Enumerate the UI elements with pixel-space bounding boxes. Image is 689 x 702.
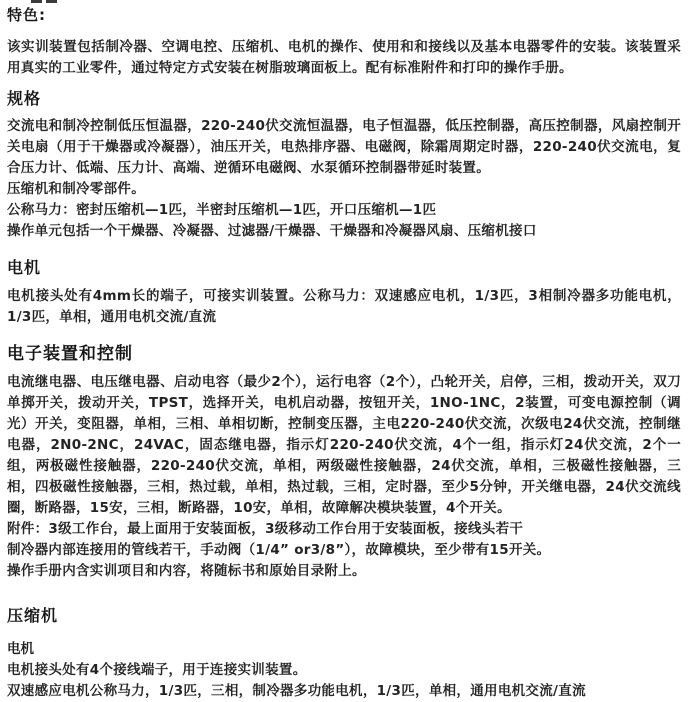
compressor-motor-subheading: 电机 <box>7 640 681 658</box>
specs-horsepower-line: 公称马力：密封压缩机—1匹，半密封压缩机—1匹，开口压缩机—1匹 <box>7 200 681 221</box>
cutoff-text-fragment <box>31 0 42 3</box>
compressor-motors-line: 双速感应电机公称马力，1/3匹，三相，制冷器多功能电机，1/3匹，单相，通用电机… <box>7 681 681 702</box>
electronics-attachments-line: 附件：3级工作台，最上面用于安装面板，3级移动工作台用于安装面板，接线头若干 <box>7 519 681 540</box>
section-heading-specs: 规格 <box>7 89 681 109</box>
electronics-manual-line: 操作手册内含实训项目和内容，将随标书和原始目录附上。 <box>7 561 681 582</box>
specs-components-line: 压缩机和制冷零部件。 <box>7 179 681 200</box>
section-heading-motor: 电机 <box>7 258 681 278</box>
features-paragraph: 该实训装置包括制冷器、空调电控、压缩机、电机的操作、使用和和接线以及基本电器零件… <box>7 37 681 79</box>
motor-paragraph: 电机接头处有4mm长的端子，可接实训装置。公称马力：双速感应电机，1/3匹，3相… <box>7 286 681 328</box>
document-page: 特色: 该实训装置包括制冷器、空调电控、压缩机、电机的操作、使用和和接线以及基本… <box>0 0 689 702</box>
specs-paragraph: 交流电和制冷控制低压恒温器，220-240伏交流恒温器，电子恒温器，低压控制器，… <box>7 116 681 179</box>
compressor-terminals-line: 电机接头处有4个接线端子，用于连接实训装置。 <box>7 660 681 681</box>
section-heading-features: 特色: <box>7 6 681 25</box>
section-heading-compressor: 压缩机 <box>7 606 681 626</box>
electronics-paragraph: 电流继电器、电压继电器、启动电容（最少2个），运行电容（2个），凸轮开关，启停，… <box>7 372 681 519</box>
electronics-piping-line: 制冷器内部连接用的管线若干，手动阀（1/4” or3/8”），故障模块，至少带有… <box>7 540 681 561</box>
specs-operating-unit-line: 操作单元包括一个干燥器、冷凝器、过滤器/干燥器、干燥器和冷凝器风扇、压缩机接口 <box>7 221 681 242</box>
section-heading-electronics: 电子装置和控制 <box>7 344 681 364</box>
